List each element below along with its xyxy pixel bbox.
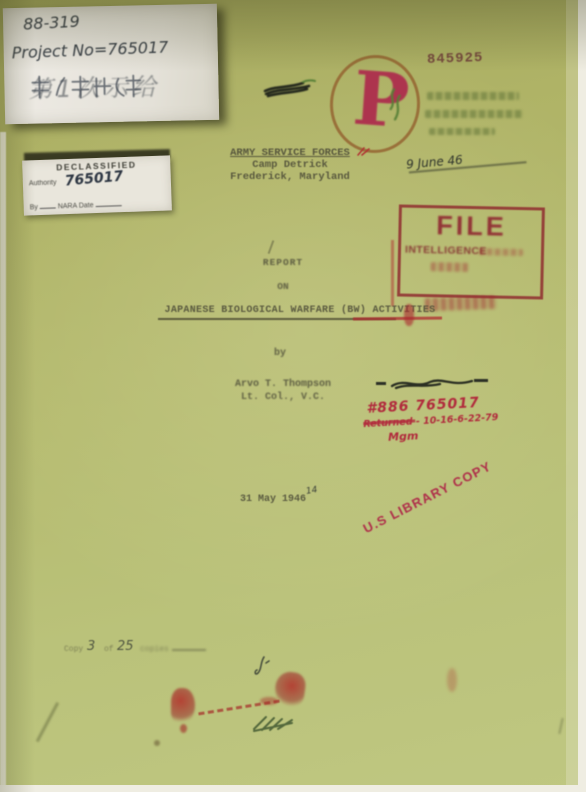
author-name: Arvo T. Thompson xyxy=(213,378,353,391)
slip-handwriting-scribble xyxy=(26,71,157,102)
scanned-document-page: 88-319 Project No=765017 第1次示给 P 845925 xyxy=(0,0,586,792)
faint-green-stamp xyxy=(425,90,525,140)
file-stamp-small-text xyxy=(431,262,469,272)
declassified-nara-label: NARA Date xyxy=(58,202,94,210)
declassified-label: DECLASSIFIED Authority 765017 By NARA Da… xyxy=(22,155,172,215)
report-heading: REPORT xyxy=(233,257,333,268)
file-stamp-title: FILE xyxy=(401,210,542,244)
copy-total: 25 xyxy=(117,639,134,654)
pencil-scribble xyxy=(263,78,317,98)
faint-red-smudge xyxy=(447,668,457,692)
copy-word: Copy xyxy=(64,645,83,654)
letterhead-block: ARMY SERVICE FORCES Camp Detrick Frederi… xyxy=(200,147,380,183)
report-conjunction: ON xyxy=(233,281,333,292)
letterhead-line-3: Frederick, Maryland xyxy=(200,171,380,183)
author-block: Arvo T. Thompson Lt. Col., V.C. xyxy=(213,378,353,404)
copy-line: Copy 3 of 25 copies xyxy=(64,638,254,658)
faint-stamp-line xyxy=(429,128,495,135)
red-check-mark-icon xyxy=(356,146,372,157)
red-vertical-line xyxy=(391,240,394,306)
serial-number: 845925 xyxy=(427,50,484,68)
page-edge-bottom xyxy=(0,785,586,792)
red-ink-droplet xyxy=(180,724,187,733)
green-pencil-mark-icon xyxy=(383,87,408,128)
by-label: by xyxy=(250,348,310,359)
file-stamp: FILE INTELLIGENCE xyxy=(397,204,545,299)
faint-stamp-line xyxy=(427,92,519,100)
page-edge-right xyxy=(578,0,586,792)
handwritten-slip: 88-319 Project No=765017 第1次示给 xyxy=(3,4,219,124)
copies-word: copies xyxy=(140,645,169,654)
signature-dash-left xyxy=(376,382,386,385)
date-annotation: 14 xyxy=(305,485,318,497)
file-stamp-subtitle: INTELLIGENCE xyxy=(405,244,487,258)
letterhead-line-2: Camp Detrick xyxy=(200,159,380,171)
copy-of-word: of xyxy=(104,645,114,654)
red-note-line-3: Mgm xyxy=(388,429,419,444)
signature-scribble xyxy=(390,376,474,392)
date-line: 31 May 1946 xyxy=(240,494,306,505)
letterhead-line-1: ARMY SERVICE FORCES xyxy=(200,147,380,159)
copy-number: 3 xyxy=(87,639,95,654)
copy-line-smudge xyxy=(172,649,206,651)
red-ink-mark xyxy=(404,304,414,326)
page-edge-left xyxy=(0,132,6,787)
author-rank: Lt. Col., V.C. xyxy=(213,391,353,404)
declassified-by-signature xyxy=(40,200,56,209)
pencil-squiggle xyxy=(250,655,272,679)
page-edge-right-light xyxy=(566,0,578,792)
file-stamp-small-text xyxy=(479,248,523,256)
slip-line-2: Project No=765017 xyxy=(11,37,168,62)
green-hatch-scribble xyxy=(250,712,296,732)
signature-dash-right xyxy=(474,379,488,382)
slip-line-1: 88-319 xyxy=(23,12,81,34)
report-title: JAPANESE BIOLOGICAL WARFARE (BW) ACTIVIT… xyxy=(155,305,445,316)
declassified-authority-label: Authority xyxy=(29,179,57,187)
ink-speck xyxy=(154,740,160,746)
faint-stamp-line xyxy=(425,110,523,118)
declassified-by-line: By NARA Date xyxy=(30,198,122,211)
declassified-by-label: By xyxy=(30,204,38,211)
declassified-date-value xyxy=(95,198,121,207)
